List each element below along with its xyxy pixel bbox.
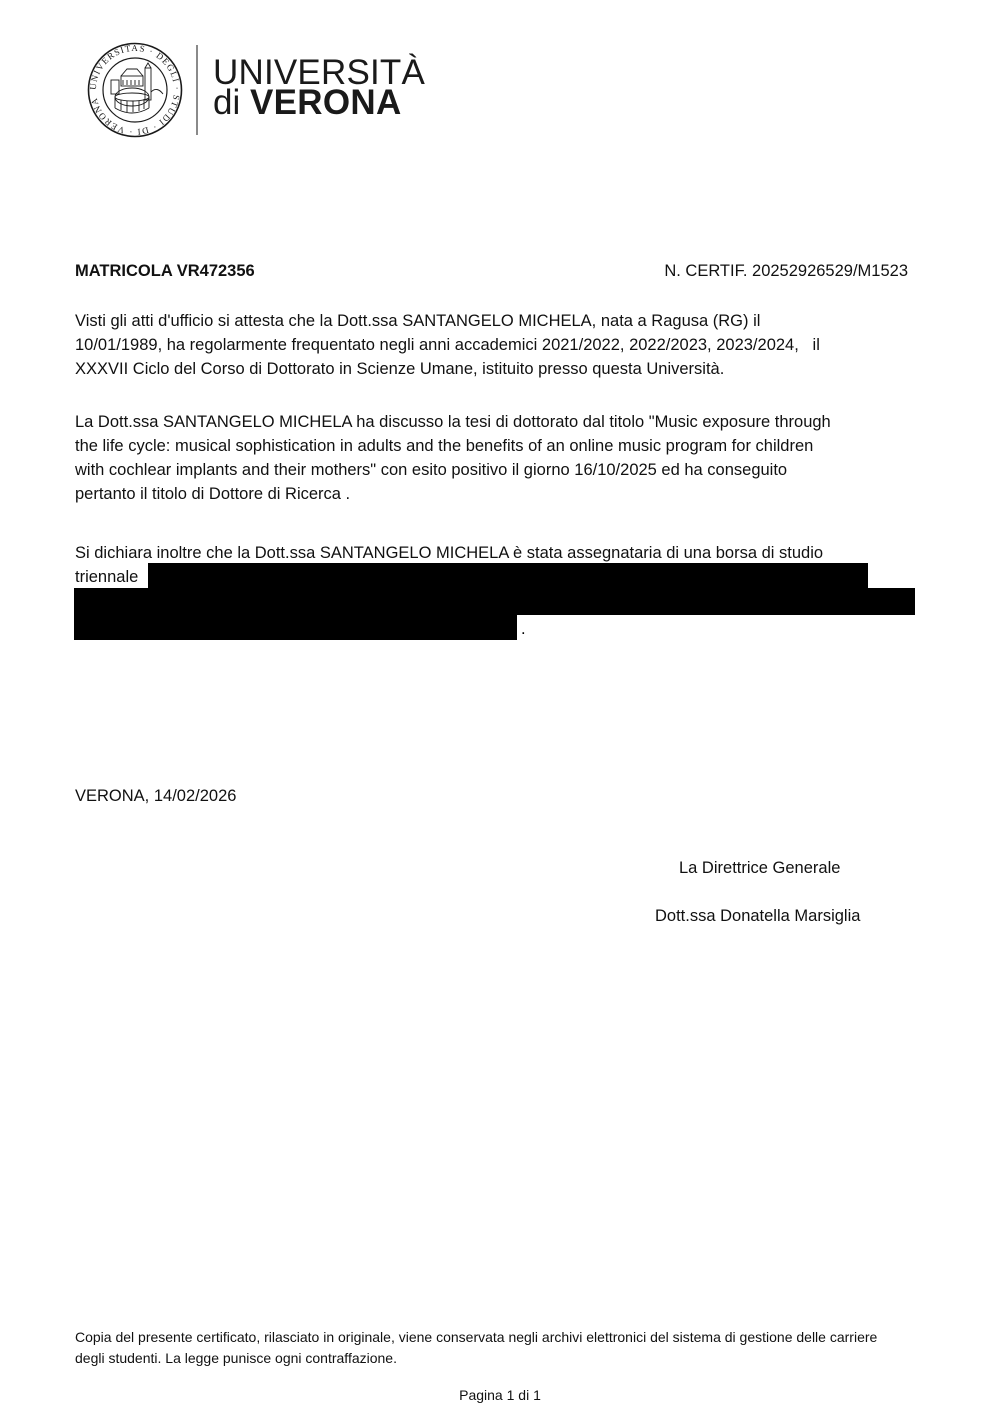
redaction-block [74, 588, 915, 615]
paragraph-end-period: . [521, 617, 526, 641]
redaction-block [74, 614, 517, 640]
wordmark-verona: VERONA [250, 83, 402, 122]
paragraph-line: pertanto il titolo di Dottore di Ricerca… [75, 482, 925, 506]
place-and-date: VERONA, 14/02/2026 [75, 784, 236, 808]
university-seal-icon: UNIVERSITAS · DEGLI · STUDI · DI · VERON… [87, 42, 183, 138]
signatory-name: Dott.ssa Donatella Marsiglia [655, 904, 860, 928]
redaction-block [148, 563, 868, 589]
thesis-paragraph: La Dott.ssa SANTANGELO MICHELA ha discus… [75, 410, 925, 506]
paragraph-line: Visti gli atti d'ufficio si attesta che … [75, 309, 925, 333]
student-id-number: MATRICOLA VR472356 [75, 259, 255, 283]
wordmark-di-verona: di VERONA [213, 85, 402, 120]
logo-divider [196, 45, 198, 135]
certificate-number: N. CERTIF. 20252926529/M1523 [664, 259, 908, 283]
footer-legal-note: Copia del presente certificato, rilascia… [75, 1327, 935, 1369]
footer-line: Copia del presente certificato, rilascia… [75, 1327, 935, 1348]
attendance-paragraph: Visti gli atti d'ufficio si attesta che … [75, 309, 925, 381]
paragraph-line: La Dott.ssa SANTANGELO MICHELA ha discus… [75, 410, 925, 434]
paragraph-line: 10/01/1989, ha regolarmente frequentato … [75, 333, 925, 357]
paragraph-line: XXXVII Ciclo del Corso di Dottorato in S… [75, 357, 925, 381]
signatory-role: La Direttrice Generale [679, 856, 840, 880]
paragraph-line: Si dichiara inoltre che la Dott.ssa SANT… [75, 541, 925, 565]
page-number: Pagina 1 di 1 [0, 1385, 1000, 1405]
footer-line: degli studenti. La legge punisce ogni co… [75, 1348, 935, 1369]
paragraph-line: the life cycle: musical sophistication i… [75, 434, 925, 458]
paragraph-line: with cochlear implants and their mothers… [75, 458, 925, 482]
svg-text:UNIVERSITAS · DEGLI · STUDI ·: UNIVERSITAS · DEGLI · STUDI · DI · VERON… [88, 43, 182, 137]
wordmark-di: di [213, 83, 240, 122]
